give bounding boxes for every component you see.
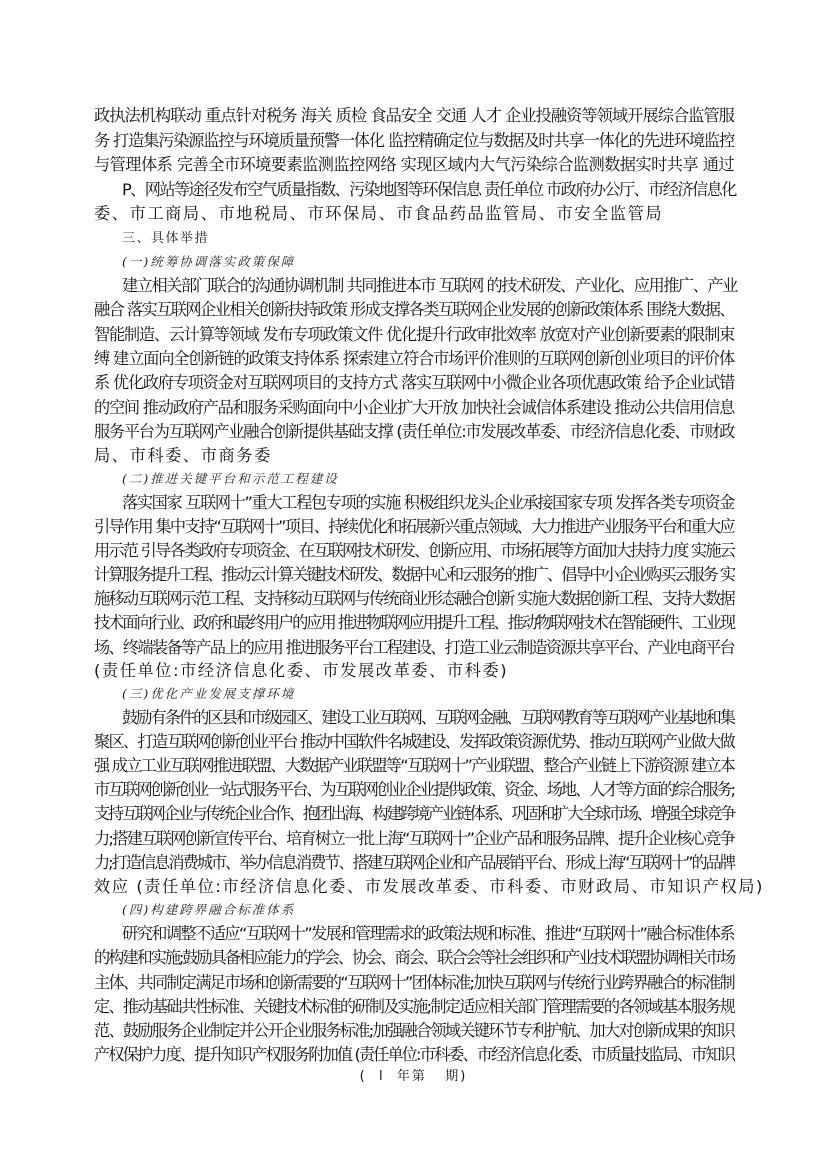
document-page: 政执法机构联动 重点针对税务 海关 质检 食品安全 交通 人才 企业投融资等领域… (0, 0, 827, 1170)
body-line: 落实国家 互联网十”重大工程包专项的实施 积极组织龙头企业承接国家专项 发挥各类… (122, 492, 734, 514)
body-line: 用示范 引导各类政府专项资金、在互联网技术研发、创新应用、市场拓展等方面加大扶持… (94, 540, 734, 562)
body-line: 效应 (责任单位:市经济信息化委、市发展改革委、市科委、市财政局、市知识产权局) (94, 876, 734, 898)
body-line: 市互联网创新创业一站式服务平台、为互联网创业企业提供政策、资金、场地、人才等方面… (94, 779, 734, 801)
section-heading: 三、具体举措 (122, 230, 209, 248)
subsection-heading: (四)构建跨界融合标准体系 (122, 901, 295, 919)
body-line: 的空间 推动政府产品和服务采购面向中小企业扩大开放 加快社会诚信体系建设 推动公… (94, 397, 734, 419)
body-line: 与管理体系 完善全市环境要素监测监控网络 实现区域内大气污染综合监测数据实时共享… (94, 154, 734, 176)
body-line: 智能制造、云计算等领域 发布专项政策文件 优化提升行政审批效率 放宽对产业创新要… (94, 324, 734, 346)
subsection-heading: (一)统筹协调落实政策保障 (122, 253, 295, 271)
body-line: 产权保护力度、提升知识产权服务附加值 (责任单位:市科委、市经济信息化委、市质量… (94, 1044, 734, 1066)
body-line: 定、推动基础共性标准、关键技术标准的研制及实施;制定适应相关部门管理需要的各领域… (94, 996, 734, 1018)
body-line: 局、市科委、市商务委 (94, 445, 734, 467)
body-line: 聚区、打造互联网创新创业平台 推动中国软件名城建设、发挥政策资源优势、推动互联网… (94, 731, 734, 753)
body-line: 委、市工商局、市地税局、市环保局、市食品药品监管局、市安全监管局 (94, 203, 734, 225)
body-line: 支持互联网企业与传统企业合作、抱团出海、构建跨境产业链体系、巩固和扩大全球市场、… (94, 803, 734, 825)
body-line: 力;打造信息消费城市、举办信息消费节、搭建互联网企业和产品展销平台、形成上海“互… (94, 852, 734, 874)
subsection-heading: (三)优化产业发展支撑环境 (122, 685, 295, 703)
body-line: 场、终端装备等产品上的应用 推进服务平台工程建设、打造工业云制造资源共享平台、产… (94, 637, 734, 659)
body-line: 缚 建立面向全创新链的政策支持体系 探索建立符合市场评价准则的互联网创新创业项目… (94, 348, 734, 370)
body-line: 技术面向行业、政府和最终用户的应用 推进物联网应用提升工程、推动物联网技术在智能… (94, 612, 734, 634)
body-line: 计算服务提升工程、推动云计算关键技术研发、数据中心和云服务的推广、倡导中小企业购… (94, 564, 734, 586)
body-line: 建立相关部门联合的沟通协调机制 共同推进本市 互联网 的技术研发、产业化、应用推… (122, 275, 734, 297)
body-line: 融合 落实互联网企业相关创新扶持政策 形成支撑各类互联网企业发展的创新政策体系 … (94, 299, 734, 321)
body-line: 的构建和实施;鼓励具备相应能力的学会、协会、商会、联合会等社会组织和产业技术联盟… (94, 947, 734, 969)
body-line: 范、鼓励服务企业制定并公开企业服务标准;加强融合领域关键环节专利护航、加大对创新… (94, 1020, 734, 1042)
body-line: 强 成立工业互联网推进联盟、大数据产业联盟等“互联网十”产业联盟、整合产业链上下… (94, 755, 734, 777)
body-line: 力;搭建互联网创新宣传平台、培育树立一批上海“互联网十”企业产品和服务品牌、提升… (94, 828, 734, 850)
body-line: 服务平台为互联网产业融合创新提供基础支撑 (责任单位:市发展改革委、市经济信息化… (94, 421, 734, 443)
body-line: 务 打造集污染源监控与环境质量预警一体化 监控精确定位与数据及时共享一体化的先进… (94, 130, 734, 152)
body-line: 系 优化政府专项资金对互联网项目的支持方式 落实互联网中小微企业各项优惠政策 给… (94, 372, 734, 394)
body-line: 引导作用 集中支持“互联网十”项目、持续优化和拓展新兴重点领域、大力推进产业服务… (94, 516, 734, 538)
page-footer: ( l 年第 期) (0, 1068, 827, 1086)
body-line: 主体、共同制定满足市场和创新需要的“互联网十”团体标准;加快互联网与传统行业跨界… (94, 972, 734, 994)
subsection-heading: (二)推进关键平台和示范工程建设 (122, 470, 339, 488)
body-line: 政执法机构联动 重点针对税务 海关 质检 食品安全 交通 人才 企业投融资等领域… (94, 105, 734, 127)
body-line: 施移动互联网示范工程、支持移动互联网与传统商业形态融合创新 实施大数据创新工程、… (94, 588, 734, 610)
body-line: (责任单位:市经济信息化委、市发展改革委、市科委) (94, 660, 734, 682)
body-line: 鼓励有条件的区县和市级园区、建设工业互联网、互联网金融、互联网教育等互联网产业基… (122, 707, 734, 729)
body-line: 研究和调整不适应“互联网十”发展和管理需求的政策法规和标准、推进“互联网十”融合… (122, 923, 734, 945)
body-line: P、网站等途径发布空气质量指数、污染地图等环保信息 责任单位 市政府办公厅、市经… (122, 179, 734, 201)
